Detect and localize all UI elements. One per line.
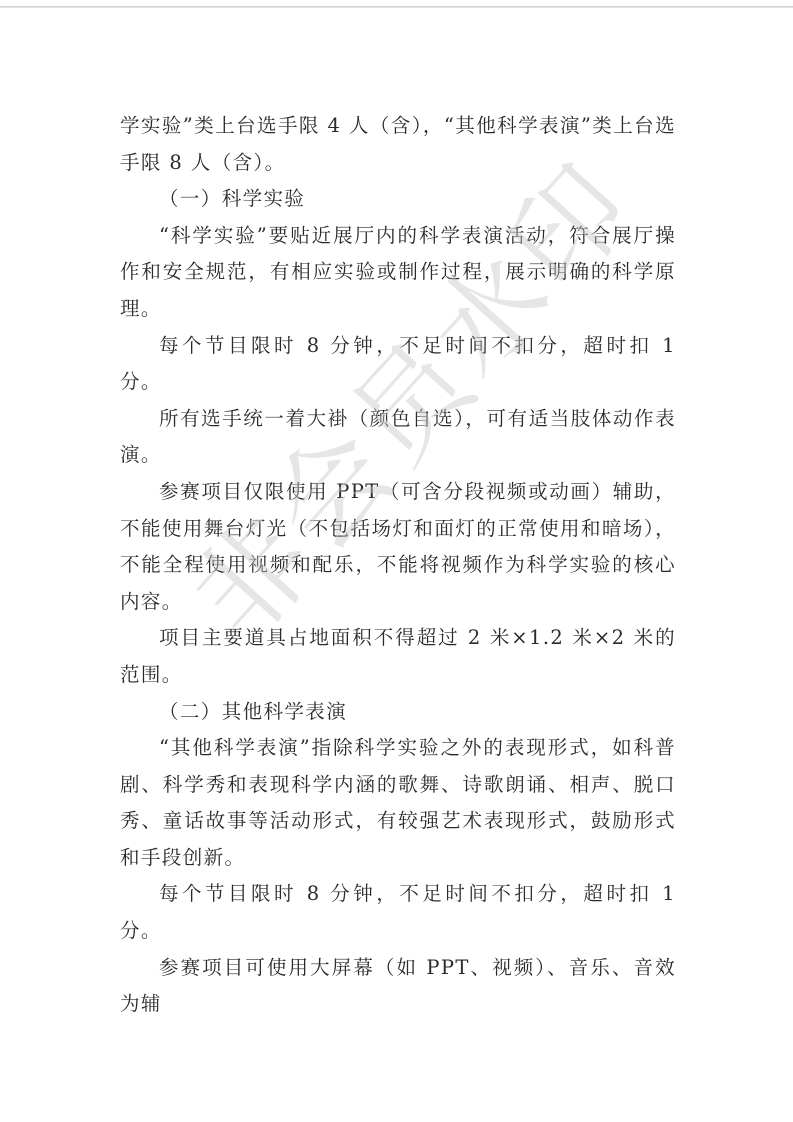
page-top-border	[0, 6, 793, 8]
paragraph-experiment-definition: “科学实验”要贴近展厅内的科学表演活动，符合展厅操作和安全规范，有相应实验或制作…	[120, 218, 676, 328]
section-heading-other-performance: （二）其他科学表演	[120, 694, 676, 731]
paragraph-prop-size: 项目主要道具占地面积不得超过 2 米×1.2 米×2 米的范围。	[120, 620, 676, 693]
paragraph-continuation: 学实验”类上台选手限 4 人（含），“其他科学表演”类上台选手限 8 人（含）。	[120, 108, 676, 181]
paragraph-time-limit: 每个节目限时 8 分钟，不足时间不扣分，超时扣 1 分。	[120, 328, 676, 401]
paragraph-other-definition: “其他科学表演”指除科学实验之外的表现形式，如科普剧、科学秀和表现科学内涵的歌舞…	[120, 730, 676, 876]
paragraph-costume: 所有选手统一着大褂（颜色自选），可有适当肢体动作表演。	[120, 401, 676, 474]
document-body: 学实验”类上台选手限 4 人（含），“其他科学表演”类上台选手限 8 人（含）。…	[120, 108, 676, 1023]
paragraph-time-limit-2: 每个节目限时 8 分钟，不足时间不扣分，超时扣 1 分。	[120, 876, 676, 949]
section-heading-science-experiment: （一）科学实验	[120, 181, 676, 218]
paragraph-media-restrictions: 参赛项目仅限使用 PPT（可含分段视频或动画）辅助，不能使用舞台灯光（不包括场灯…	[120, 474, 676, 620]
paragraph-media-allowed: 参赛项目可使用大屏幕（如 PPT、视频）、音乐、音效为辅	[120, 950, 676, 1023]
